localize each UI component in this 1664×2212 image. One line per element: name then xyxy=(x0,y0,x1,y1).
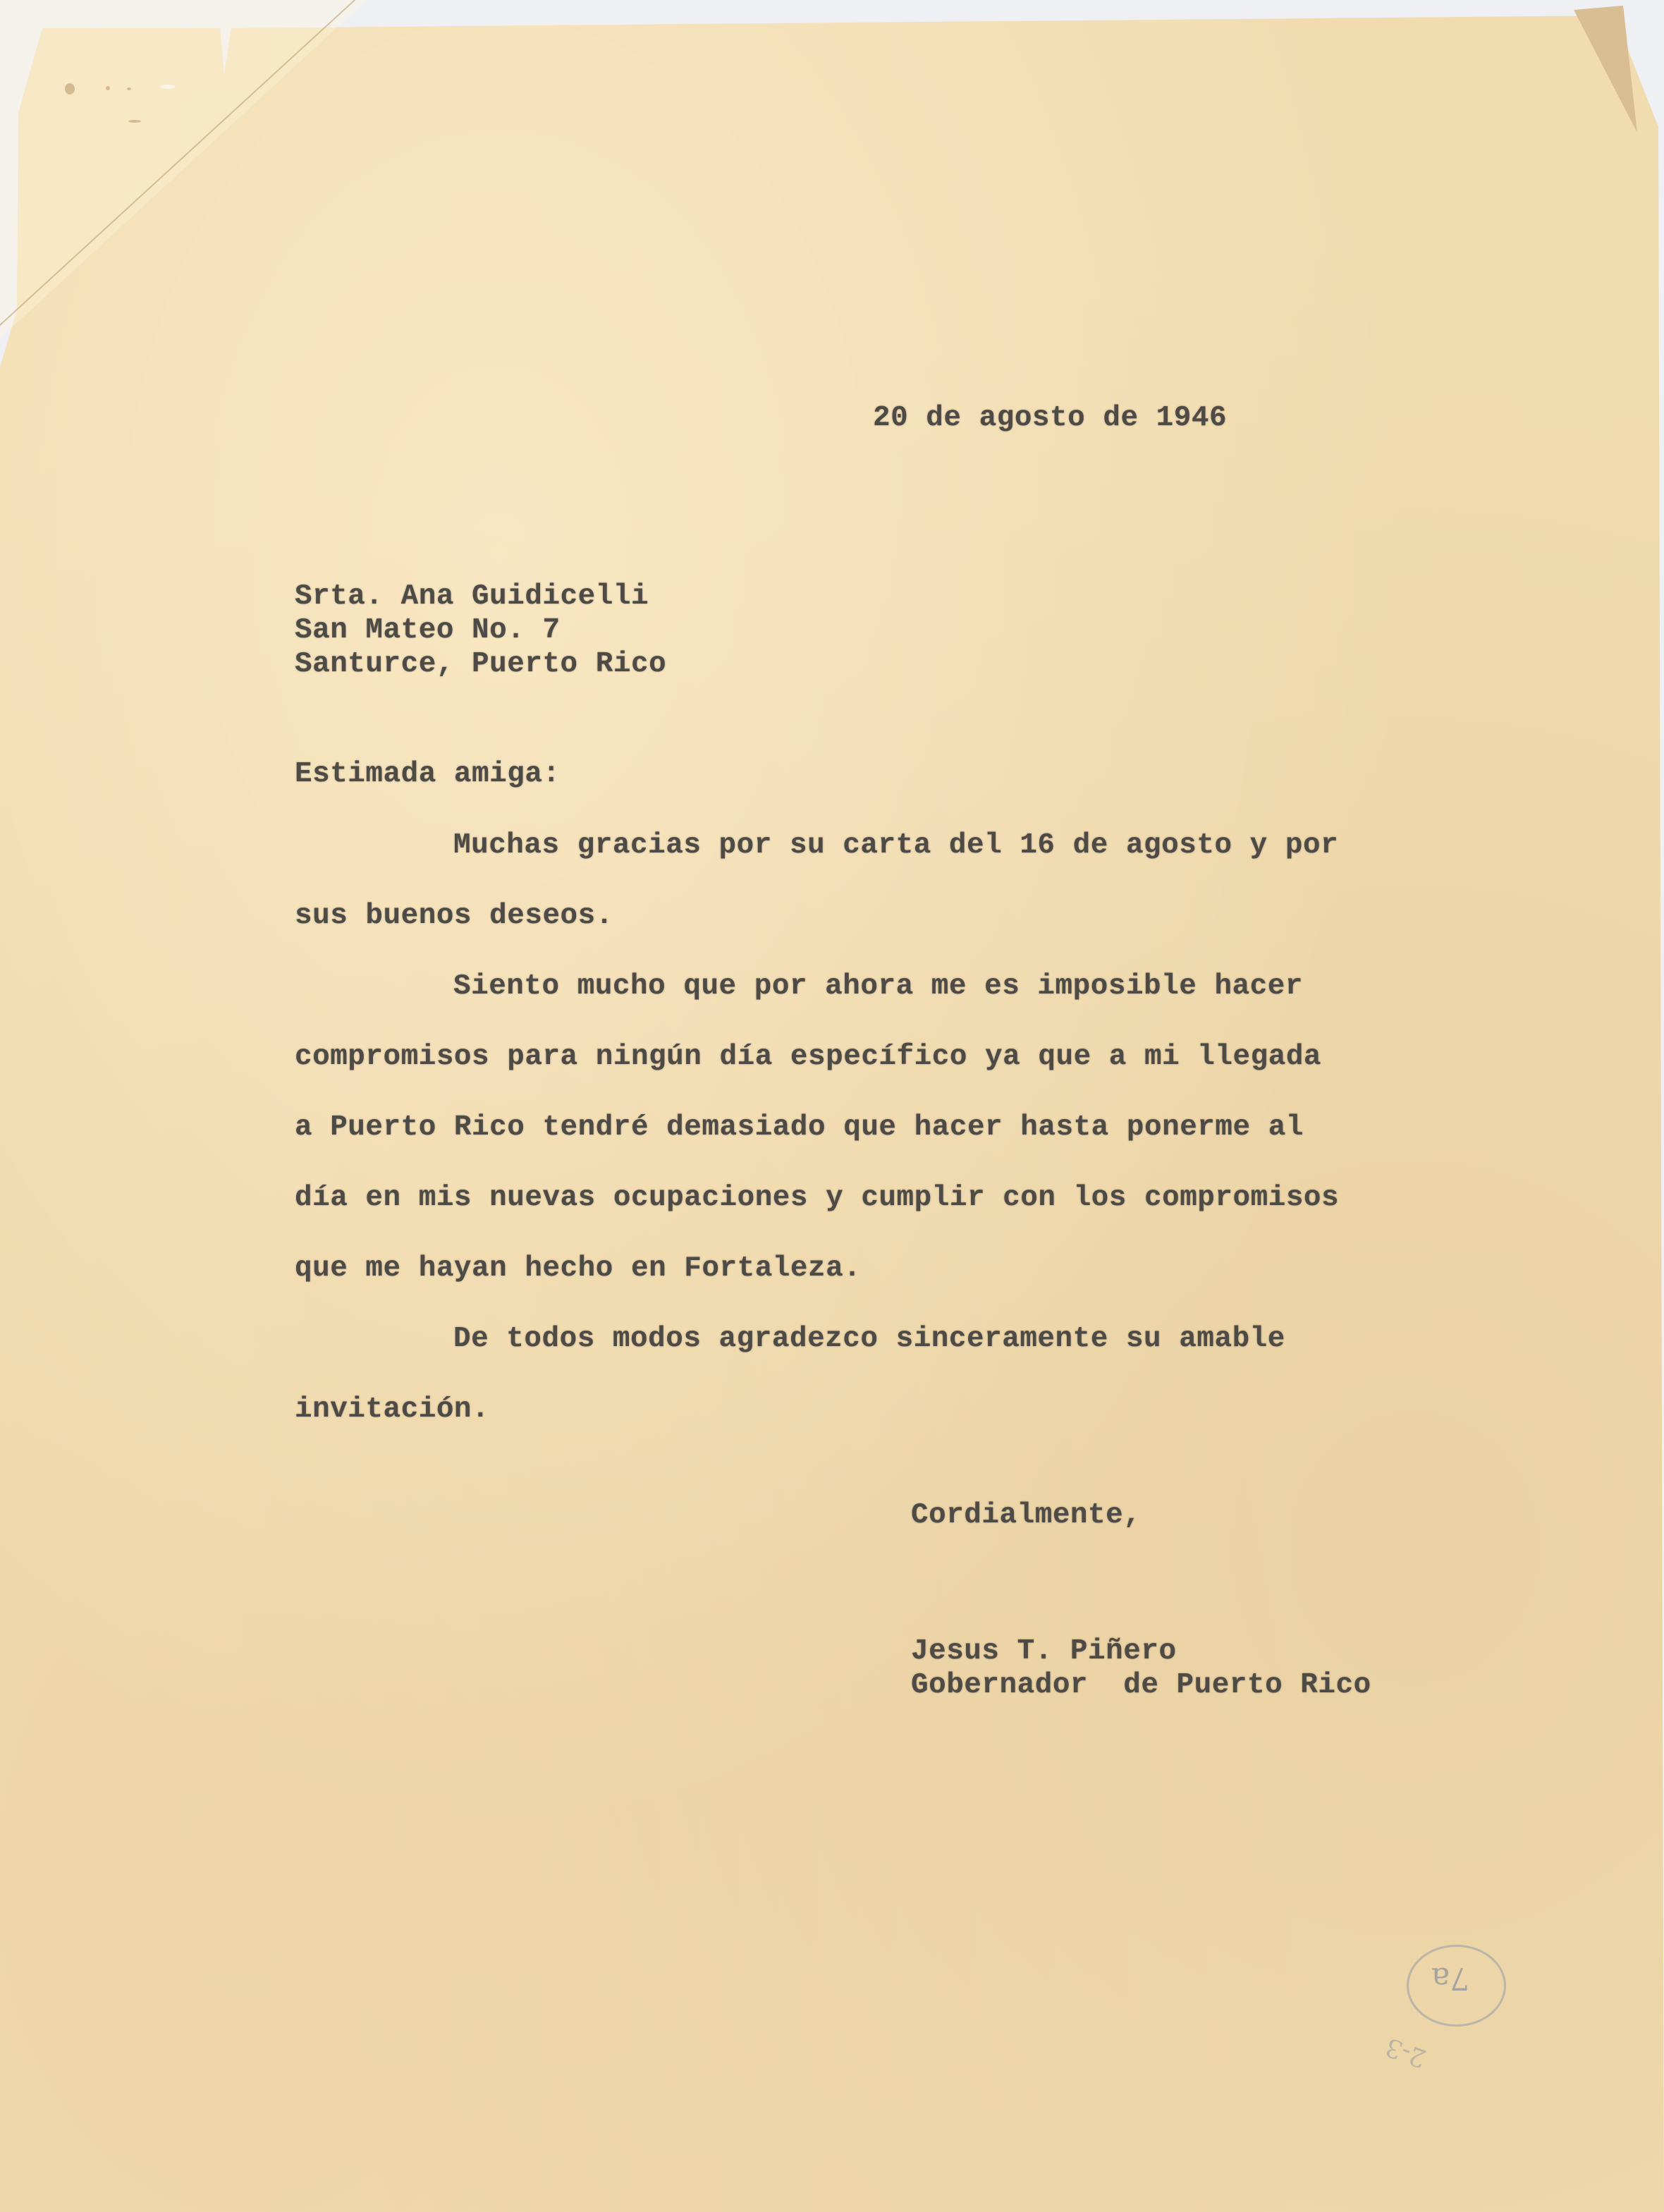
body-line-2: sus buenos deseos. xyxy=(295,900,613,932)
body-line-3: Siento mucho que por ahora me es imposib… xyxy=(453,970,1303,1003)
circled-mark-text: 7a xyxy=(1431,1960,1469,1996)
body-line-7: que me hayan hecho en Fortaleza. xyxy=(295,1252,861,1285)
recipient-name: Srta. Ana Guidicelli xyxy=(295,580,666,613)
body-line-6: día en mis nuevas ocupaciones y cumplir … xyxy=(295,1182,1339,1214)
signer-name: Jesus T. Piñero xyxy=(911,1634,1371,1668)
recipient-address: Srta. Ana Guidicelli San Mateo No. 7 San… xyxy=(295,580,666,681)
signer-title: Gobernador de Puerto Rico xyxy=(911,1668,1371,1702)
body-line-4: compromisos para ningún día específico y… xyxy=(295,1041,1321,1073)
body-line-8: De todos modos agradezco sinceramente su… xyxy=(453,1323,1285,1355)
salutation: Estimada amiga: xyxy=(295,758,561,790)
recipient-street: San Mateo No. 7 xyxy=(295,613,666,647)
body-line-9: invitación. xyxy=(295,1393,489,1426)
body-line-5: a Puerto Rico tendré demasiado que hacer… xyxy=(295,1111,1304,1144)
letter-date: 20 de agosto de 1946 xyxy=(873,402,1227,434)
body-line-1: Muchas gracias por su carta del 16 de ag… xyxy=(453,829,1338,862)
closing: Cordialmente, xyxy=(911,1499,1141,1532)
signature-block: Jesus T. Piñero Gobernador de Puerto Ric… xyxy=(911,1634,1371,1702)
recipient-city: Santurce, Puerto Rico xyxy=(295,647,666,681)
letter-page xyxy=(0,0,1664,2212)
